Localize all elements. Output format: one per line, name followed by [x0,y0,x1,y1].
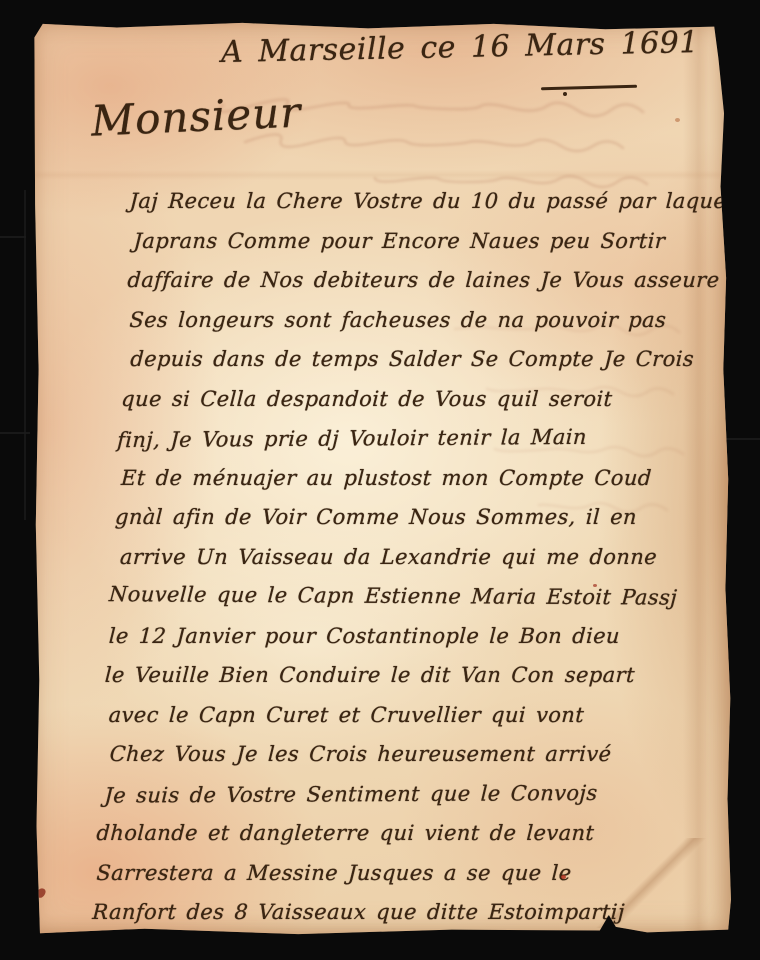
letter-line: Sarrestera a Messine Jusques a se que le [95,854,705,894]
letter-line: avec le Capn Curet et Cruvellier qui von… [108,696,714,736]
backdrop-crease [0,236,26,238]
ink-stain [593,584,597,587]
letter-line: Ses longeurs sont facheuses de na pouvoi… [128,301,734,341]
letter-line: Japrans Comme pour Encore Naues peu Sort… [133,222,739,262]
letter-line: finj, Je Vous prie dj Vouloir tenir la M… [116,417,728,461]
ink-stain [561,875,566,879]
letter-line: dholande et dangleterre qui vient de lev… [95,814,707,854]
ink-stain [675,118,680,122]
letter-line: Chez Vous Je les Crois heureusement arri… [109,735,712,775]
dateline: A Marseille ce 16 Mars 1691 [221,25,700,70]
letter-line: gnàl afin de Voir Comme Nous Sommes, il … [114,498,724,538]
letter-line: le 12 Janvier pour Costantinople le Bon … [108,617,718,657]
dateline-underline-dot [563,92,567,96]
backdrop-crease [24,190,26,520]
letter-line: Nouvelle que le Capn Estienne Maria Esto… [108,575,720,618]
letter-line: Et de ménuajer au plustost mon Compte Co… [120,459,726,499]
letter-sheet: A Marseille ce 16 Mars 1691 Monsieur Jaj… [33,22,731,936]
letter-line: depuis dans de temps Salder Se Compte Je… [129,340,732,380]
scan-backdrop: A Marseille ce 16 Mars 1691 Monsieur Jaj… [0,0,760,960]
letter-line: daffaire de Nos debiteurs de laines Je V… [126,261,736,301]
letter-body: Jaj Receu la Chere Vostre du 10 du passé… [91,182,740,933]
paper-fold [33,170,731,180]
letter-line: que si Cella despandoit de Vous quil ser… [120,380,730,420]
letter-line: arrive Un Vaisseau da Lexandrie qui me d… [119,538,722,578]
salutation: Monsieur [90,87,302,145]
letter-line: le Veuille Bien Conduire le dit Van Con … [104,656,716,696]
letter-line: Je suis de Vostre Sentiment que le Convo… [104,773,710,816]
backdrop-crease [0,432,30,434]
ink-stain [35,887,46,899]
letter-line: Jaj Receu la Chere Vostre du 10 du passé… [129,182,741,222]
letter-line: Ranfort des 8 Vaisseaux que ditte Estoim… [91,893,703,933]
dateline-underline [541,85,637,90]
